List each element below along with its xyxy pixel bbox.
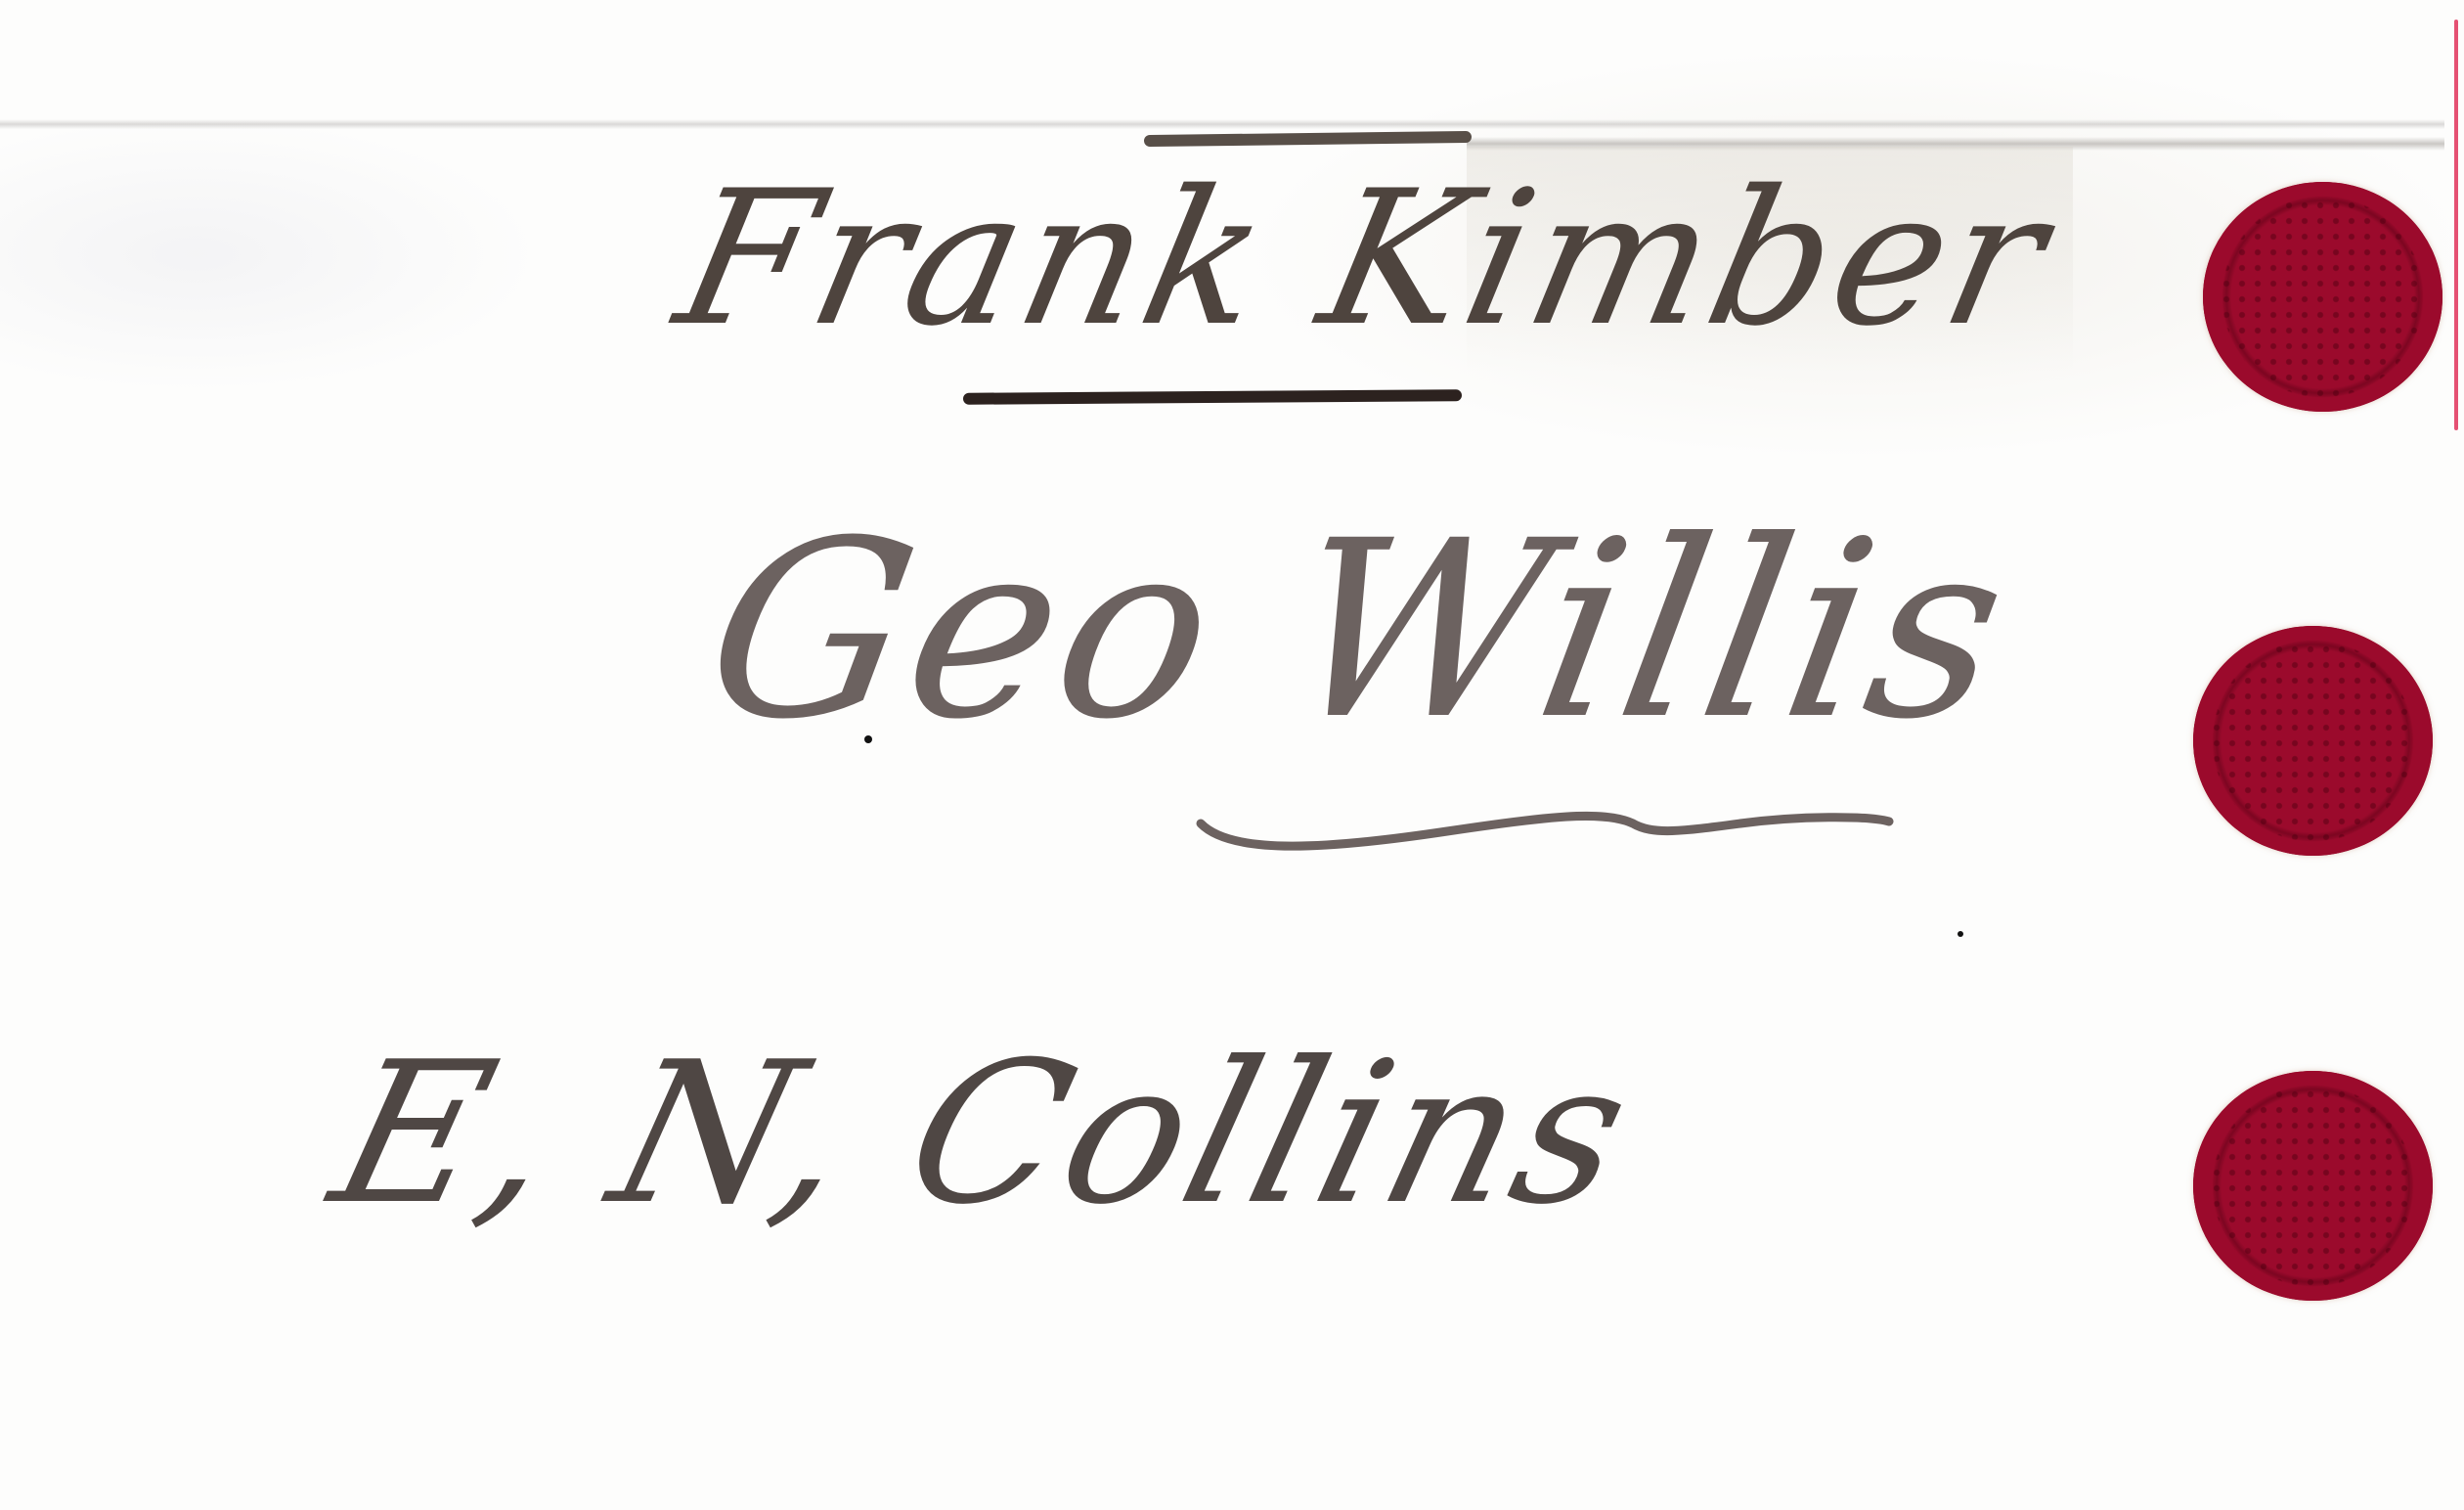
signature-e-n-collins: E, N, Collins xyxy=(318,1037,1649,1232)
wax-seal-icon xyxy=(2193,626,2433,856)
signature-geo-willis: Geo Willis xyxy=(692,509,2024,753)
ink-dot xyxy=(864,735,872,743)
signature-frank-kimber: Frank Kimber xyxy=(665,166,2063,352)
wax-seal-icon xyxy=(2203,182,2442,412)
red-margin-line xyxy=(2454,20,2458,430)
paper-fold-line xyxy=(0,119,2444,129)
signature-flourish-underline xyxy=(1193,802,1897,861)
ink-dot xyxy=(1958,931,1963,937)
wax-seal-icon xyxy=(2193,1071,2433,1301)
signature-underline xyxy=(963,389,1462,405)
document-page: Frank Kimber Geo Willis E, N, Collins xyxy=(0,0,2464,1510)
ink-dash-mark xyxy=(1144,131,1472,147)
